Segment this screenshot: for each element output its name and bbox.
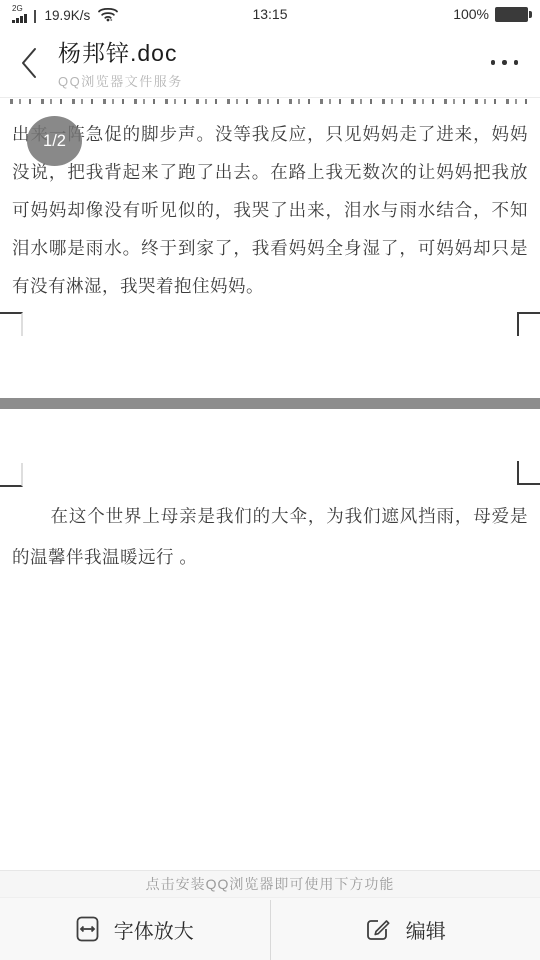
back-button[interactable]: [0, 28, 58, 97]
page2-top-left-corner-mark: [0, 463, 23, 487]
page1-bottom-left-corner-mark: [0, 312, 23, 336]
text-line: 有没有淋湿，我哭着抱住妈妈。: [12, 267, 528, 305]
page1-paragraph: 出来一阵急促的脚步声。没等我反应，只见妈妈走了进来，妈妈二话 没说，把我背起来了…: [12, 115, 528, 305]
edit-label: 编辑: [406, 915, 446, 944]
sim2-signal-icon: [34, 10, 36, 23]
page1-bottom-right-corner-mark: [517, 312, 540, 336]
document-viewer[interactable]: 出来一阵急促的脚步声。没等我反应，只见妈妈走了进来，妈妈二话 没说，把我背起来了…: [0, 99, 540, 870]
text-line: 在这个世界上母亲是我们的大伞，为我们遮风挡雨，母爱是无私: [12, 496, 528, 537]
clipped-text-line: [10, 99, 532, 104]
battery-percent-label: 100%: [453, 6, 489, 22]
document-service-subtitle: QQ浏览器文件服务: [58, 71, 183, 90]
wifi-icon: [97, 4, 119, 22]
text-line: 泪水哪是雨水。终于到家了，我看妈妈全身湿了，可妈妈却只是问我: [12, 229, 528, 267]
font-zoom-button[interactable]: 字体放大: [0, 898, 270, 960]
document-title: 杨邦锌.doc: [58, 35, 183, 68]
more-menu-button[interactable]: [477, 46, 540, 79]
font-resize-icon: [76, 916, 99, 942]
cellular-signal-icon: 2G: [12, 5, 27, 23]
font-zoom-label: 字体放大: [114, 915, 194, 944]
battery-icon: [495, 7, 528, 22]
status-bar: 2G 19.9K/s 13:15 100%: [0, 0, 540, 28]
edit-button[interactable]: 编辑: [271, 898, 540, 960]
page-separator-bar: [0, 398, 540, 409]
banner-text: 点击安装QQ浏览器即可使用下方功能: [146, 874, 395, 894]
header: 杨邦锌.doc QQ浏览器文件服务: [0, 28, 540, 98]
edit-icon: [365, 916, 391, 942]
page2-paragraph: 在这个世界上母亲是我们的大伞，为我们遮风挡雨，母爱是无私 的温馨伴我温暖远行 。: [12, 496, 528, 578]
text-line: 出来一阵急促的脚步声。没等我反应，只见妈妈走了进来，妈妈二话: [12, 115, 528, 153]
page2-top-right-corner-mark: [517, 461, 540, 485]
page-indicator-badge: 1/2: [27, 116, 82, 166]
text-line: 的温馨伴我温暖远行 。: [12, 537, 528, 578]
more-dots-icon: [491, 60, 496, 65]
network-type-label: 2G: [12, 5, 23, 13]
install-browser-banner[interactable]: 点击安装QQ浏览器即可使用下方功能: [0, 870, 540, 897]
network-speed-label: 19.9K/s: [45, 8, 91, 23]
text-line: 没说，把我背起来了跑了出去。在路上我无数次的让妈妈把我放下，: [12, 153, 528, 191]
bottom-toolbar: 字体放大 编辑: [0, 897, 540, 960]
text-line: 可妈妈却像没有听见似的，我哭了出来，泪水与雨水结合，不知哪是: [12, 191, 528, 229]
chevron-left-icon: [19, 46, 39, 80]
